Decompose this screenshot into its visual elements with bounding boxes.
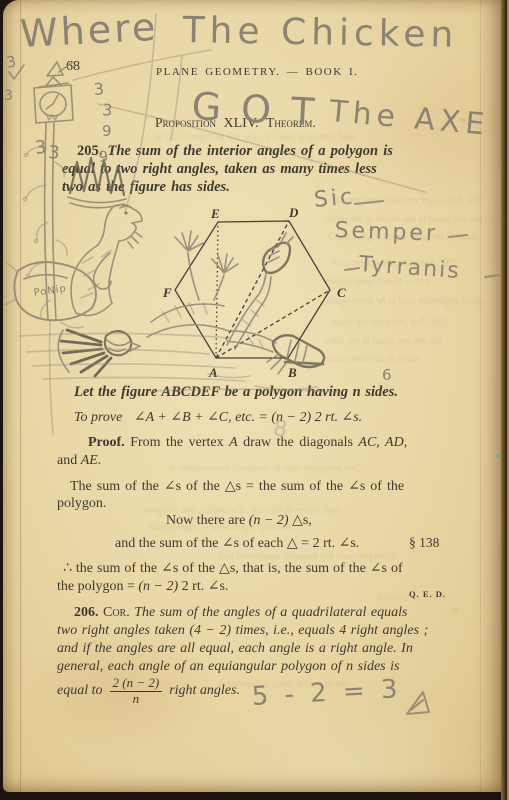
handwriting-text: The Chicken bbox=[182, 10, 458, 56]
handwriting-text: 3 bbox=[34, 137, 48, 159]
handwriting-text: 6 bbox=[382, 366, 392, 384]
handwriting-text: 3 bbox=[4, 88, 13, 104]
handwriting-text: 9 bbox=[98, 147, 109, 166]
handwriting-text: GOT bbox=[191, 84, 336, 135]
handwriting-text: PoNip bbox=[33, 283, 68, 299]
book-photo: and similarly placed ; for the polygons … bbox=[0, 0, 509, 800]
handwriting-text: 3 bbox=[48, 142, 61, 164]
handwriting-text: Sic bbox=[313, 184, 356, 212]
handwriting-text: 8 bbox=[272, 416, 289, 443]
handwriting-text: The AXE bbox=[328, 94, 491, 143]
handwriting-text: Tyrranis bbox=[358, 252, 461, 284]
handwriting-text: Semper bbox=[334, 218, 438, 247]
handwriting-text: 9 bbox=[102, 122, 112, 140]
handwriting-text: 3 bbox=[93, 79, 105, 99]
handwriting-text: Where bbox=[19, 5, 159, 56]
handwriting-text: 3 bbox=[101, 100, 113, 120]
handwriting-layer: WhereThe ChickenGOTThe AXESicSemperTyrra… bbox=[3, 0, 509, 800]
book-page: and similarly placed ; for the polygons … bbox=[3, 0, 504, 792]
handwriting-text: 5 - 2 = 3 bbox=[251, 674, 402, 712]
handwriting-text: 3 bbox=[5, 52, 18, 71]
